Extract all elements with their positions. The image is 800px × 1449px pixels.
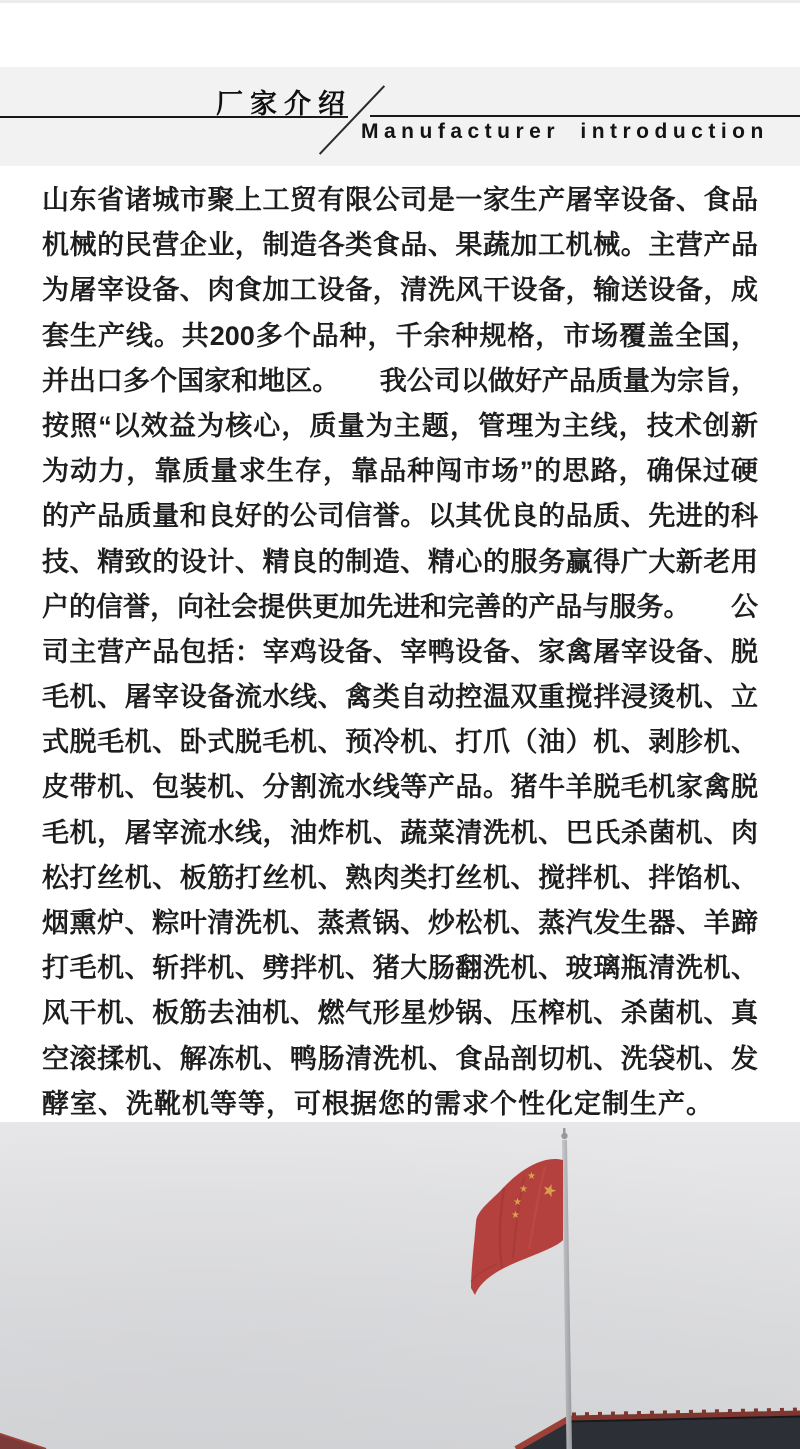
intro-line: 并出口多个国家和地区。 我公司以做好产品质量为宗旨，: [42, 359, 758, 404]
factory-flag-photo: ★ ★ ★ ★ ★: [0, 1122, 800, 1449]
page: 厂家介绍 Manufacturer introduction 山东省诸城市聚上工…: [0, 0, 800, 1449]
intro-line: 毛机，屠宰流水线，油炸机、蔬菜清洗机、巴氏杀菌机、肉: [42, 811, 758, 856]
header-rule-left: [0, 116, 348, 118]
intro-line: 式脱毛机、卧式脱毛机、预冷机、打爪（油）机、剥胗机、: [42, 720, 758, 765]
svg-text:★: ★: [511, 1210, 520, 1221]
intro-line: 套生产线。共200多个品种，千余种规格，市场覆盖全国，: [42, 314, 758, 359]
section-title-en: Manufacturer introduction: [361, 120, 769, 144]
intro-line: 为动力，靠质量求生存，靠品种闯市场”的思路，确保过硬: [42, 449, 758, 494]
intro-line: 烟熏炉、粽叶清洗机、蒸煮锅、炒松机、蒸汽发生器、羊蹄: [42, 901, 758, 946]
svg-text:★: ★: [519, 1184, 528, 1195]
intro-line: 司主营产品包括：宰鸡设备、宰鸭设备、家禽屠宰设备、脱: [42, 630, 758, 675]
svg-text:★: ★: [527, 1171, 536, 1182]
intro-line: 户的信誉，向社会提供更加先进和完善的产品与服务。 公: [42, 585, 758, 630]
intro-paragraph: 山东省诸城市聚上工贸有限公司是一家生产屠宰设备、食品机械的民营企业，制造各类食品…: [42, 178, 758, 1127]
intro-line: 风干机、板筋去油机、燃气形星炒锅、压榨机、杀菌机、真: [42, 991, 758, 1036]
intro-line: 机械的民营企业，制造各类食品、果蔬加工机械。主营产品: [42, 223, 758, 268]
intro-line: 按照“以效益为核心，质量为主题，管理为主线，技术创新: [42, 404, 758, 449]
intro-line: 打毛机、斩拌机、劈拌机、猪大肠翻洗机、玻璃瓶清洗机、: [42, 946, 758, 991]
intro-line: 技、精致的设计、精良的制造、精心的服务赢得广大新老用: [42, 540, 758, 585]
intro-line: 为屠宰设备、肉食加工设备，清洗风干设备，输送设备，成: [42, 268, 758, 313]
svg-text:★: ★: [513, 1197, 522, 1208]
intro-line: 松打丝机、板筋打丝机、熟肉类打丝机、搅拌机、拌馅机、: [42, 856, 758, 901]
top-divider: [0, 0, 800, 3]
intro-line: 的产品质量和良好的公司信誉。以其优良的品质、先进的科: [42, 494, 758, 539]
intro-line: 毛机、屠宰设备流水线、禽类自动控温双重搅拌浸烫机、立: [42, 675, 758, 720]
intro-line: 山东省诸城市聚上工贸有限公司是一家生产屠宰设备、食品: [42, 178, 758, 223]
intro-line: 空滚揉机、解冻机、鸭肠清洗机、食品剖切机、洗袋机、发: [42, 1037, 758, 1082]
header-rule-right: [370, 115, 800, 117]
intro-line: 皮带机、包装机、分割流水线等产品。猪牛羊脱毛机家禽脱: [42, 765, 758, 810]
overcast-sky: [0, 1122, 800, 1449]
intro-line: 酵室、洗靴机等等，可根据您的需求个性化定制生产。: [42, 1082, 758, 1127]
